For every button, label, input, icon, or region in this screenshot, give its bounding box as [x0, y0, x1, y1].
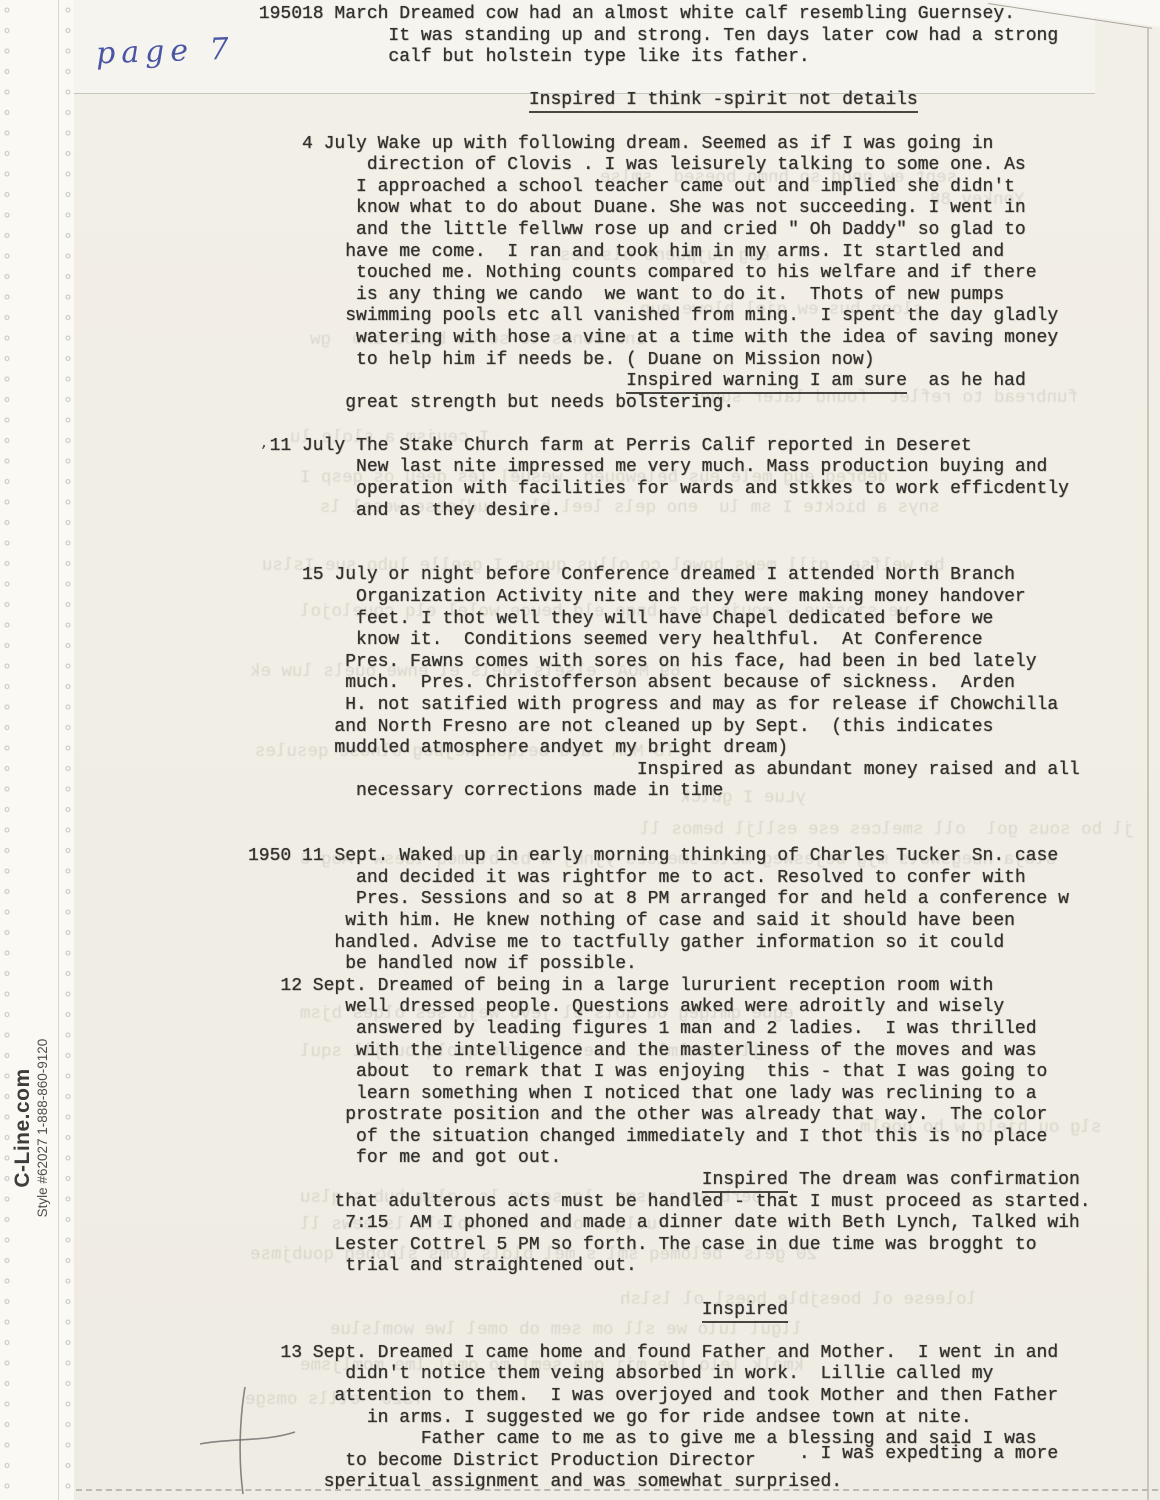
scanned-journal-page: sent ew good so bnmo boesed smlseYonkey … — [0, 0, 1160, 1500]
binding-edge-line — [58, 0, 59, 1500]
typed-line: Inspired I think -spirit not details — [248, 90, 1091, 112]
typed-line — [248, 414, 1091, 436]
typed-line: Organization Activity nite and they were… — [248, 587, 1091, 609]
typed-line: in arms. I suggested we go for ride ands… — [248, 1408, 1091, 1430]
typed-line: for me and got out. — [248, 1148, 1091, 1170]
handwritten-page-note: page 7 — [95, 32, 235, 72]
typed-line: and North Fresno are not cleaned up by S… — [248, 717, 1091, 739]
typed-line: 11 July The Stake Church farm at Perris … — [248, 436, 1091, 458]
page-right-edge-line — [1147, 27, 1149, 1500]
typed-line: is any thing we cando we want to do it. … — [248, 285, 1091, 307]
typed-line: 1950 11 Sept. Waked up in early morning … — [248, 846, 1091, 868]
typed-line: much. Pres. Christofferson absent becaus… — [248, 673, 1091, 695]
typed-line: 4 July Wake up with following dream. See… — [248, 134, 1091, 156]
typed-line: watering with hose a vine at a time with… — [248, 328, 1091, 350]
typed-line: learn something when I noticed that one … — [248, 1084, 1091, 1106]
typed-line: 195018 March Dreamed cow had an almost w… — [248, 4, 1091, 26]
typed-line: with the intelligence and the masterline… — [248, 1041, 1091, 1063]
typed-line: know what to do about Duane. She was not… — [248, 198, 1091, 220]
typed-line: feet. I thot well they will have Chapel … — [248, 609, 1091, 631]
typed-line: Inspired as abundant money raised and al… — [248, 760, 1091, 782]
typed-line: be handled now if possible. — [248, 954, 1091, 976]
typed-line: have me come. I ran and took him in my a… — [248, 242, 1091, 264]
typed-line — [248, 112, 1091, 134]
typed-line: know it. Conditions seemed very healthfu… — [248, 630, 1091, 652]
typed-line: that adulterous acts must be handled - t… — [248, 1192, 1091, 1214]
typed-line — [248, 803, 1091, 825]
typed-line: H. not satified with progress and may as… — [248, 695, 1091, 717]
typed-line: Inspired — [248, 1300, 1091, 1322]
typed-line: to help him if needs be. ( Duane on Miss… — [248, 350, 1091, 372]
typed-line: I approached a school teacher came out a… — [248, 177, 1091, 199]
typed-line: 13 Sept. Dreamed I came home and found F… — [248, 1343, 1091, 1365]
typed-line: Pres. Fawns comes with sores on his face… — [248, 652, 1091, 674]
typed-line: attention to them. I was overjoyed and t… — [248, 1386, 1091, 1408]
typed-line: calf but holstein type like its father. — [248, 47, 1091, 69]
cline-branding: C-Line.com Style #62027 1-888-860-9120 — [11, 943, 57, 1313]
typed-line: trial and straightened out. — [248, 1256, 1091, 1278]
typed-line: 15 July or night before Conference dream… — [248, 565, 1091, 587]
typed-line — [248, 522, 1091, 544]
typed-line: Inspired warning I am sure as he had — [248, 371, 1091, 393]
typed-text: 195018 March Dreamed cow had an almost w… — [248, 4, 1091, 1494]
typed-line: didn't notice them veing absorbed in wor… — [248, 1364, 1091, 1386]
typed-line: and decided it was rightfor me to act. R… — [248, 868, 1091, 890]
typed-line: New last nite impressed me very much. Ma… — [248, 457, 1091, 479]
cline-brand-text: C-Line.com — [11, 943, 34, 1313]
typed-line: Pres. Sessions and so at 8 PM arranged f… — [248, 889, 1091, 911]
typed-line: 7:15 AM I phoned and made a dinner date … — [248, 1213, 1091, 1235]
typed-line: and as they desire. — [248, 501, 1091, 523]
typed-line: great strength but needs bolstering. — [248, 393, 1091, 415]
typed-line: of the situation changed immediately and… — [248, 1127, 1091, 1149]
typed-line — [248, 1321, 1091, 1343]
typed-line: Lester Cottrel 5 PM so forth. The case i… — [248, 1235, 1091, 1257]
typed-line: touched me. Nothing counts compared to h… — [248, 263, 1091, 285]
typed-line: 12 Sept. Dreamed of being in a large lur… — [248, 976, 1091, 998]
cline-style-text: Style #62027 1-888-860-9120 — [34, 943, 51, 1313]
typed-line: answered by leading figures 1 man and 2 … — [248, 1019, 1091, 1041]
perforation-column-right — [62, 0, 74, 1500]
typed-line: swimming pools etc all vanished from min… — [248, 306, 1091, 328]
typed-line — [248, 825, 1091, 847]
typed-line: handled. Advise me to tactfully gather i… — [248, 933, 1091, 955]
typed-line: with him. He knew nothing of case and sa… — [248, 911, 1091, 933]
typed-line — [248, 69, 1091, 91]
pencil-cross-mark — [190, 1382, 310, 1500]
typed-line — [248, 544, 1091, 566]
typed-line: about to remark that I was enjoying this… — [248, 1062, 1091, 1084]
typed-line: direction of Clovis . I was leisurely ta… — [248, 155, 1091, 177]
typed-line: well dressed people. Questions awked wer… — [248, 997, 1091, 1019]
typed-line: Inspired The dream was confirmation — [248, 1170, 1091, 1192]
typed-line: prostrate position and the other was alr… — [248, 1105, 1091, 1127]
typed-line: It was standing up and strong. Ten days … — [248, 26, 1091, 48]
typed-line — [248, 1278, 1091, 1300]
typed-line: necessary corrections made in time — [248, 781, 1091, 803]
typed-line: to become District Production Director .… — [248, 1451, 1091, 1473]
typed-line: muddled atmosphere andyet my bright drea… — [248, 738, 1091, 760]
typed-line: operation with facilities for wards and … — [248, 479, 1091, 501]
typed-line: and the little fellww rose up and cried … — [248, 220, 1091, 242]
